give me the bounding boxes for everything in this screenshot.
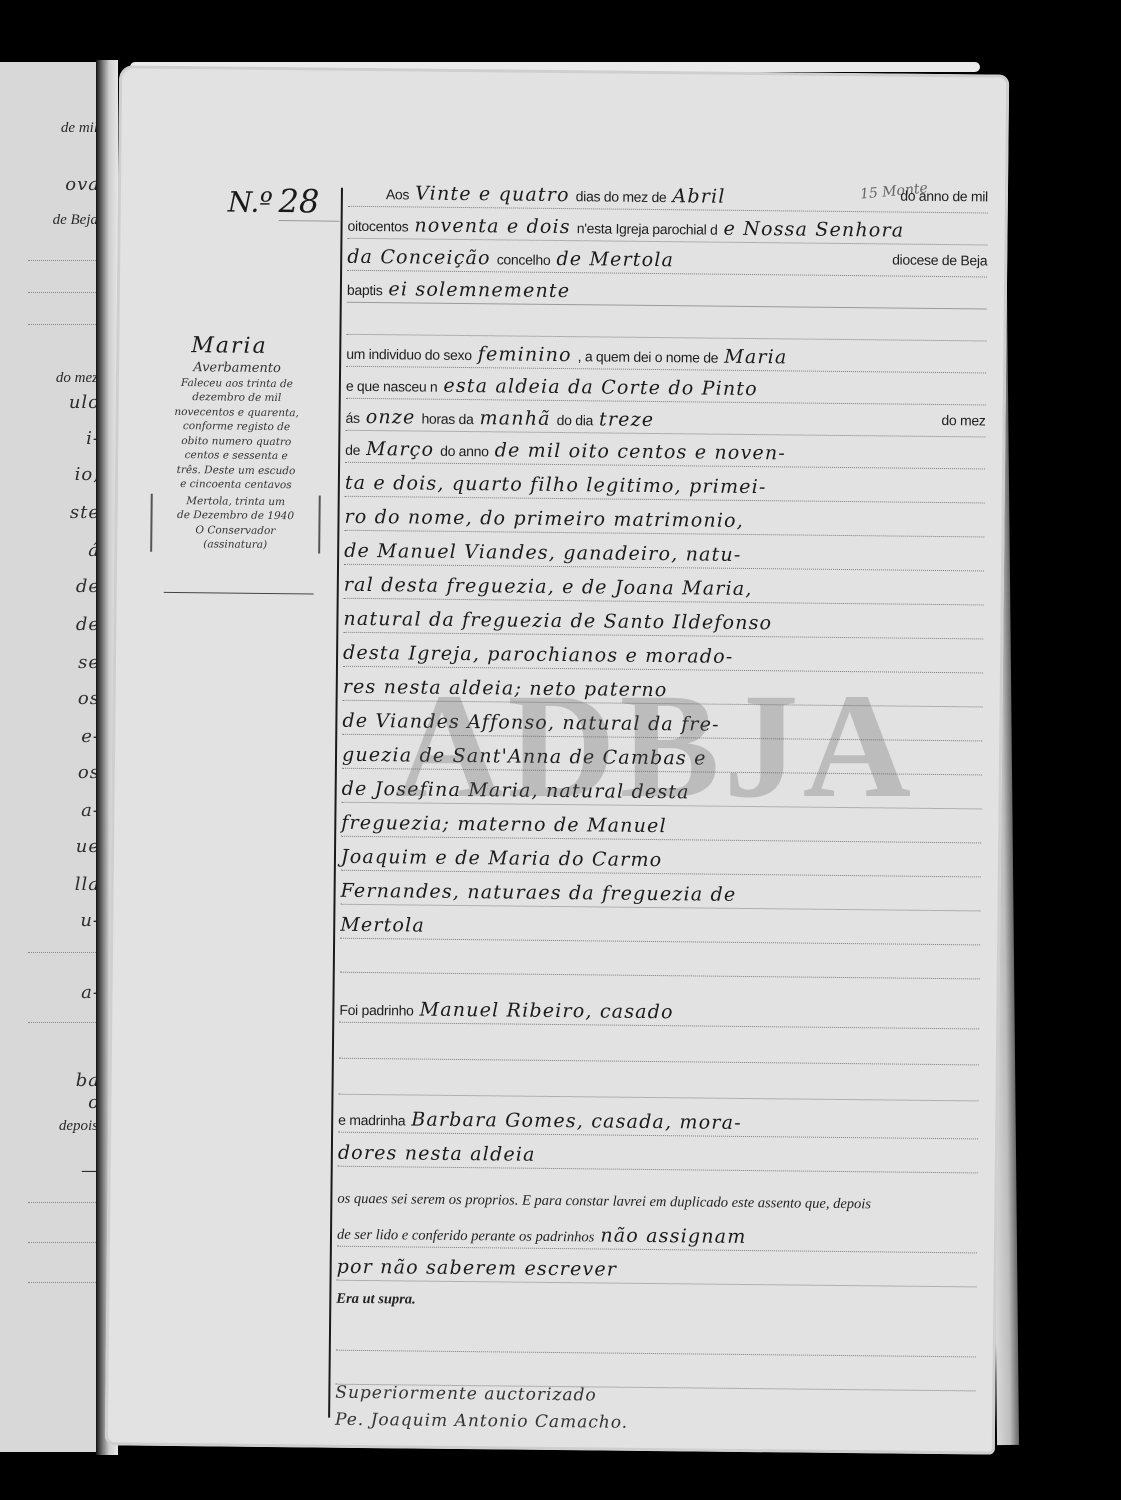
handwritten-text: ral desta freguezia, e de Joana Maria, bbox=[344, 574, 753, 600]
entry-line: um individuo do sexofeminino, a quem dei… bbox=[346, 342, 986, 374]
printed-text: Aos bbox=[386, 186, 409, 202]
printed-text: diocese de Beja bbox=[892, 251, 987, 268]
printed-closing-text: de ser lido e conferido perante os padri… bbox=[337, 1227, 595, 1246]
printed-text: dias do mez de bbox=[576, 188, 667, 205]
handwritten-parish: e Nossa Senhora bbox=[723, 218, 904, 242]
annotation-box-line: de Dezembro de 1940 bbox=[156, 508, 314, 524]
handwritten-day: Vinte e quatro bbox=[415, 182, 570, 206]
body-line: de Manuel Viandes, ganadeiro, natu- bbox=[344, 540, 984, 572]
printed-text: do anno de mil bbox=[900, 188, 988, 205]
handwritten-text: ei solemnemente bbox=[388, 278, 570, 302]
printed-text: concelho bbox=[497, 251, 551, 268]
ruled-line bbox=[28, 292, 98, 293]
ruled-line bbox=[28, 1202, 98, 1203]
handwritten-text: natural da freguezia de Santo Ildefonso bbox=[343, 608, 772, 634]
closing-line: de ser lido e conferido perante os padri… bbox=[337, 1222, 977, 1254]
entry-line: e que nasceu nesta aldeia da Corte do Pi… bbox=[346, 374, 986, 406]
printed-text: e que nasceu n bbox=[346, 378, 438, 395]
godmother-value: Barbara Gomes, casada, mora- bbox=[411, 1108, 742, 1133]
printed-text: baptis bbox=[347, 282, 383, 298]
printed-text: do anno bbox=[440, 443, 489, 460]
annotation-box-line: Mertola, trinta um bbox=[157, 493, 315, 509]
annotation-box-line: O Conservador bbox=[156, 522, 314, 538]
printed-text: oitocentos bbox=[347, 218, 408, 235]
ruled-line bbox=[28, 324, 98, 325]
body-line: Mertola bbox=[340, 914, 980, 946]
ruled-line bbox=[28, 260, 98, 261]
handwritten-year: noventa e dois bbox=[414, 214, 571, 238]
closing-line: por não saberem escrever bbox=[337, 1256, 977, 1288]
handwritten-period: manhã bbox=[479, 407, 550, 430]
printed-text: horas da bbox=[421, 411, 473, 428]
handwritten-sex: feminino bbox=[478, 343, 572, 366]
body-line: Fernandes, naturaes da freguezia de bbox=[340, 880, 980, 912]
godfather-line: Foi padrinhoManuel Ribeiro, casado bbox=[339, 998, 979, 1030]
handwritten-birth-day: treze bbox=[599, 408, 654, 431]
margin-annotation: Averbamento Faleceu aos trinta de dezemb… bbox=[150, 361, 322, 553]
godmother-line-cont: dores nesta aldeia bbox=[338, 1142, 978, 1174]
handwritten-closing: por não saberem escrever bbox=[337, 1256, 618, 1281]
printed-text: , a quem dei o nome de bbox=[578, 348, 719, 365]
ruled-line bbox=[28, 1022, 98, 1023]
body-line: Joaquim e de Maria do Carmo bbox=[341, 846, 981, 878]
godmother-label: e madrinha bbox=[338, 1112, 405, 1129]
handwritten-name: Maria bbox=[724, 346, 788, 369]
record-number-value: 28 bbox=[278, 182, 339, 222]
record-number: N.º28 bbox=[228, 182, 340, 221]
blank-line bbox=[336, 1326, 976, 1358]
annotation-signature-box: Mertola, trinta um de Dezembro de 1940 O… bbox=[150, 493, 321, 553]
left-page-handwriting: ova bbox=[65, 174, 100, 195]
printed-text: n'esta Igreja parochial d bbox=[577, 220, 718, 237]
printed-text: ás bbox=[345, 410, 359, 426]
closing-line: os quaes sei serem os proprios. E para c… bbox=[337, 1190, 977, 1221]
body-line: natural da freguezia de Santo Ildefonso bbox=[343, 608, 983, 640]
entry-line: oitocentosnoventa e doisn'esta Igreja pa… bbox=[347, 214, 987, 246]
annotation-line: e cincoenta centavos bbox=[151, 477, 321, 493]
handwritten-birth-month: Março bbox=[366, 438, 434, 461]
handwritten-text: Fernandes, naturaes da freguezia de bbox=[341, 880, 737, 906]
printed-closing-text: os quaes sei serem os proprios. E para c… bbox=[337, 1191, 871, 1213]
body-line: ral desta freguezia, e de Joana Maria, bbox=[344, 574, 984, 606]
blank-line bbox=[339, 1034, 979, 1066]
ruled-line bbox=[28, 1282, 98, 1283]
handwritten-text: Mertola bbox=[340, 914, 425, 937]
left-page-fragment: de mil ova de Beja do mez ulo i- io, ste… bbox=[0, 62, 104, 1452]
left-page-printed-text: de mil bbox=[61, 120, 98, 137]
godmother-value: dores nesta aldeia bbox=[338, 1142, 536, 1166]
godmother-line: e madrinhaBarbara Gomes, casada, mora- bbox=[338, 1108, 978, 1140]
handwritten-hour: onze bbox=[366, 406, 416, 429]
margin-rule bbox=[164, 592, 314, 595]
printed-text: do mez bbox=[941, 412, 985, 428]
era-line: Era ut supra. bbox=[336, 1290, 976, 1321]
archive-watermark: ADBJA bbox=[395, 660, 915, 832]
entry-line: AosVinte e quatrodias do mez deAbrildo a… bbox=[348, 182, 988, 214]
entry-line: deMarçodo annode mil oito centos e noven… bbox=[345, 438, 985, 470]
left-page-printed-text: de Beja bbox=[53, 212, 98, 229]
entry-line: baptisei solemnemente bbox=[347, 278, 987, 310]
priest-signature-line-1: Superiormente auctorizado bbox=[335, 1383, 597, 1406]
handwritten-municipality: de Mertola bbox=[556, 248, 674, 271]
body-line: ta e dois, quarto filho legitimo, primei… bbox=[345, 472, 985, 504]
handwritten-text: ta e dois, quarto filho legitimo, primei… bbox=[345, 472, 767, 498]
handwritten-closing: não assignam bbox=[600, 1224, 746, 1248]
era-ut-supra: Era ut supra. bbox=[336, 1291, 416, 1308]
annotation-box-line: (assinatura) bbox=[156, 537, 314, 553]
margin-baptized-name: Maria bbox=[191, 333, 268, 359]
priest-signature-line-2: Pe. Joaquim Antonio Camacho. bbox=[335, 1410, 628, 1433]
printed-text: um individuo do sexo bbox=[346, 346, 472, 363]
handwritten-birthplace: esta aldeia da Corte do Pinto bbox=[443, 375, 758, 400]
annotation-line: novecentos e quarenta, bbox=[152, 404, 322, 420]
handwritten-parish: da Conceição bbox=[347, 246, 491, 270]
printed-text: do dia bbox=[557, 412, 594, 428]
record-number-label: N.º bbox=[228, 186, 273, 219]
entry-line: da Conceiçãoconcelhode Mertoladiocese de… bbox=[347, 246, 987, 278]
printed-text: de bbox=[345, 442, 360, 458]
blank-line bbox=[346, 310, 986, 342]
left-page-printed-text: do mez bbox=[56, 370, 98, 387]
entry-line: ásonzehoras damanhãdo diatrezedo mez bbox=[345, 406, 985, 438]
godfather-label: Foi padrinho bbox=[339, 1002, 413, 1019]
ruled-line bbox=[28, 1242, 98, 1243]
blank-line bbox=[338, 1070, 978, 1102]
annotation-line: três. Deste um escudo bbox=[151, 462, 321, 478]
handwritten-month: Abril bbox=[672, 185, 725, 208]
handwritten-birth-year: de mil oito centos e noven- bbox=[495, 439, 786, 464]
left-page-printed-text: depois bbox=[59, 1118, 98, 1135]
godfather-value: Manuel Ribeiro, casado bbox=[419, 999, 673, 1024]
blank-line bbox=[340, 948, 980, 980]
body-line: ro do nome, do primeiro matrimonio, bbox=[344, 506, 984, 538]
handwritten-text: Joaquim e de Maria do Carmo bbox=[341, 846, 663, 871]
ruled-line bbox=[28, 952, 98, 953]
handwritten-text: de Manuel Viandes, ganadeiro, natu- bbox=[344, 540, 742, 566]
handwritten-text: ro do nome, do primeiro matrimonio, bbox=[344, 506, 744, 532]
